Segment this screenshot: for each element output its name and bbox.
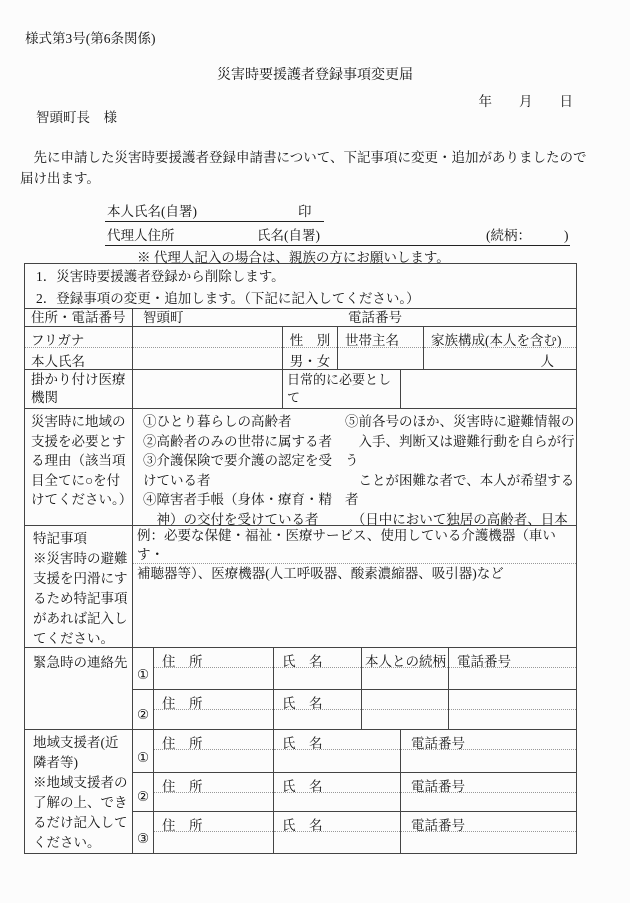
seal-label: 印: [298, 200, 312, 220]
supporter-2-phone-cell: 電話番号: [400, 773, 576, 812]
sex-value: 男・女: [283, 348, 337, 369]
sex-label: 性 別: [283, 327, 337, 348]
emergency-contact-1: ① 住 所 氏 名 本人との続柄 電話番号: [133, 648, 576, 689]
supporter-1-phone-cell: 電話番号: [400, 730, 576, 772]
emergency-1-address-cell: 住 所: [153, 648, 273, 689]
address-row: 住所・電話番号 智頭町 電話番号: [25, 308, 576, 326]
supporter-1: ① 住 所 氏 名 電話番号: [133, 730, 576, 772]
reason-content-cell: ①ひとり暮らしの高齢者 ②高齢者のみの世帯に属する者 ③介護保険で要介護の認定を…: [132, 409, 576, 525]
supporters-row: 地域支援者(近 隣者等) ※地域支援者の 了解の上、でき るだけ記入して くださ…: [25, 729, 576, 853]
addressee: 智頭町長 様: [36, 106, 117, 126]
registration-change-table: 1．災害時要援護者登録から削除します。 2．登録事項の変更・追加します。（下記に…: [24, 263, 577, 854]
emergency-name-label: 氏 名: [274, 690, 361, 710]
proxy-address-label: 代理人住所: [107, 224, 175, 244]
proxy-name-label: 氏名(自署): [257, 224, 320, 244]
supporter-phone-label: 電話番号: [401, 812, 576, 832]
self-signature-line: 本人氏名(自署) 印: [105, 203, 324, 222]
emergency-2-name-cell: 氏 名: [273, 690, 361, 729]
household-head-label: 世帯主名: [338, 327, 423, 348]
emergency-phone-label: 電話番号: [449, 648, 576, 668]
intro-paragraph: 先に申請した災害時要援護者登録申請書について、下記事項に変更・追加がありましたの…: [20, 147, 586, 189]
supporter-phone-label: 電話番号: [401, 773, 576, 793]
phone-number-label: 電話番号: [348, 310, 402, 326]
sex-cell: 性 別 男・女: [282, 327, 337, 369]
supporter-address-label: 住 所: [154, 812, 273, 832]
supporter-1-name-cell: 氏 名: [273, 730, 400, 772]
name-value-blank: [133, 348, 282, 350]
option-items-row: 1．災害時要援護者登録から削除します。 2．登録事項の変更・追加します。（下記に…: [25, 264, 576, 308]
document-page: 様式第3号(第6条関係) 災害時要援護者登録事項変更届 年 月 日 智頭町長 様…: [0, 0, 630, 903]
supporter-3-address-cell: 住 所: [153, 812, 273, 853]
supporter-1-address-cell: 住 所: [153, 730, 273, 772]
self-name-label: 本人氏名(自署): [107, 200, 197, 220]
family-cell: 家族構成(本人を含む) 人: [423, 327, 576, 369]
emergency-2-phone-cell: [448, 690, 576, 729]
notes-label: 特記事項 ※災害時の避難 支援を円滑にす るため特記事項 があれば記入し てくだ…: [25, 526, 132, 647]
daily-meds-label: 日常的に必要として いる薬、医療器具等: [282, 370, 400, 408]
furigana-label: フリガナ: [25, 327, 132, 348]
reason-options-col1: ①ひとり暮らしの高齢者 ②高齢者のみの世帯に属する者 ③介護保険で要介護の認定を…: [143, 412, 332, 525]
address-row-label: 住所・電話番号: [25, 309, 132, 326]
emergency-address-label: 住 所: [154, 648, 273, 668]
emergency-subrows: ① 住 所 氏 名 本人との続柄 電話番号 ② 住 所 氏 名: [132, 648, 576, 729]
supporter-3-phone-cell: 電話番号: [400, 812, 576, 853]
supporter-name-label: 氏 名: [274, 812, 400, 832]
supporter-3: ③ 住 所 氏 名 電話番号: [133, 811, 576, 853]
supporter-1-number: ①: [133, 730, 153, 772]
address-value: 智頭町: [143, 310, 184, 326]
address-value-cell: 智頭町 電話番号: [132, 309, 576, 326]
supporter-3-name-cell: 氏 名: [273, 812, 400, 853]
medical-institution-blank: [132, 370, 282, 408]
family-label: 家族構成(本人を含む): [424, 327, 576, 348]
emergency-address-label: 住 所: [154, 690, 273, 710]
supporter-2-number: ②: [133, 773, 153, 812]
emergency-1-name-cell: 氏 名: [273, 648, 361, 689]
page-title: 災害時要援護者登録事項変更届: [0, 64, 630, 84]
emergency-relation-label: 本人との続柄: [362, 648, 448, 668]
name-row: フリガナ 本人氏名 性 別 男・女 世帯主名 家族構成(本人を含む) 人: [25, 326, 576, 369]
household-head-blank: [338, 348, 423, 350]
date-line: 年 月 日: [479, 90, 574, 110]
notes-example: 例：必要な保健・福祉・医療サービス、使用している介護機器（車いす・ 補聴器等）、…: [133, 526, 576, 564]
supporter-3-number: ③: [133, 812, 153, 853]
option-items: 1．災害時要援護者登録から削除します。 2．登録事項の変更・追加します。（下記に…: [25, 264, 576, 308]
furigana-value-blank: [133, 327, 282, 348]
name-label: 本人氏名: [25, 348, 132, 369]
supporter-2: ② 住 所 氏 名 電話番号: [133, 772, 576, 812]
daily-meds-blank: [400, 370, 576, 408]
reason-options-col2: ⑤前各号のほか、災害時に避難情報の 入手、判断又は避難行動を自らが行う ことが困…: [345, 412, 576, 525]
supporter-phone-label: 電話番号: [401, 730, 576, 750]
supporter-address-label: 住 所: [154, 730, 273, 750]
relation-label: (続柄：: [486, 224, 531, 244]
family-count-unit: 人: [424, 348, 576, 369]
emergency-1-relation-cell: 本人との続柄: [361, 648, 448, 689]
medical-institution-label: 掛かり付け医療 機関: [25, 370, 132, 408]
supporter-2-name-cell: 氏 名: [273, 773, 400, 812]
name-label-cell: フリガナ 本人氏名: [25, 327, 132, 369]
supporter-name-label: 氏 名: [274, 773, 400, 793]
supporter-2-address-cell: 住 所: [153, 773, 273, 812]
form-number: 様式第3号(第6条関係): [25, 27, 156, 47]
name-value-cell: [132, 327, 282, 369]
emergency-label: 緊急時の連絡先: [25, 648, 132, 729]
household-head-cell: 世帯主名: [337, 327, 423, 369]
emergency-1-number: ①: [133, 648, 153, 689]
proxy-signature-line: 代理人住所 氏名(自署) (続柄： ): [105, 227, 570, 246]
notes-content-cell: 例：必要な保健・福祉・医療サービス、使用している介護機器（車いす・ 補聴器等）、…: [132, 526, 576, 647]
relation-close-paren: ): [564, 228, 569, 244]
supporters-label: 地域支援者(近 隣者等) ※地域支援者の 了解の上、でき るだけ記入して くださ…: [25, 730, 132, 853]
medical-row: 掛かり付け医療 機関 日常的に必要として いる薬、医療器具等: [25, 369, 576, 408]
notes-row: 特記事項 ※災害時の避難 支援を円滑にす るため特記事項 があれば記入し てくだ…: [25, 525, 576, 647]
supporters-subrows: ① 住 所 氏 名 電話番号 ② 住 所 氏 名 電話番号 ③ 住 所 氏 名 …: [132, 730, 576, 853]
emergency-2-relation-cell: [361, 690, 448, 729]
emergency-1-phone-cell: 電話番号: [448, 648, 576, 689]
emergency-name-label: 氏 名: [274, 648, 361, 668]
supporter-address-label: 住 所: [154, 773, 273, 793]
emergency-2-number: ②: [133, 690, 153, 729]
emergency-2-address-cell: 住 所: [153, 690, 273, 729]
supporter-name-label: 氏 名: [274, 730, 400, 750]
reason-row: 災害時に地域の 支援を必要とす る理由（該当項 目全てに○を付 けてください。）…: [25, 408, 576, 525]
emergency-contact-2: ② 住 所 氏 名: [133, 689, 576, 729]
emergency-row: 緊急時の連絡先 ① 住 所 氏 名 本人との続柄 電話番号 ② 住 所 氏 名: [25, 647, 576, 729]
reason-label: 災害時に地域の 支援を必要とす る理由（該当項 目全てに○を付 けてください。）: [25, 409, 132, 525]
